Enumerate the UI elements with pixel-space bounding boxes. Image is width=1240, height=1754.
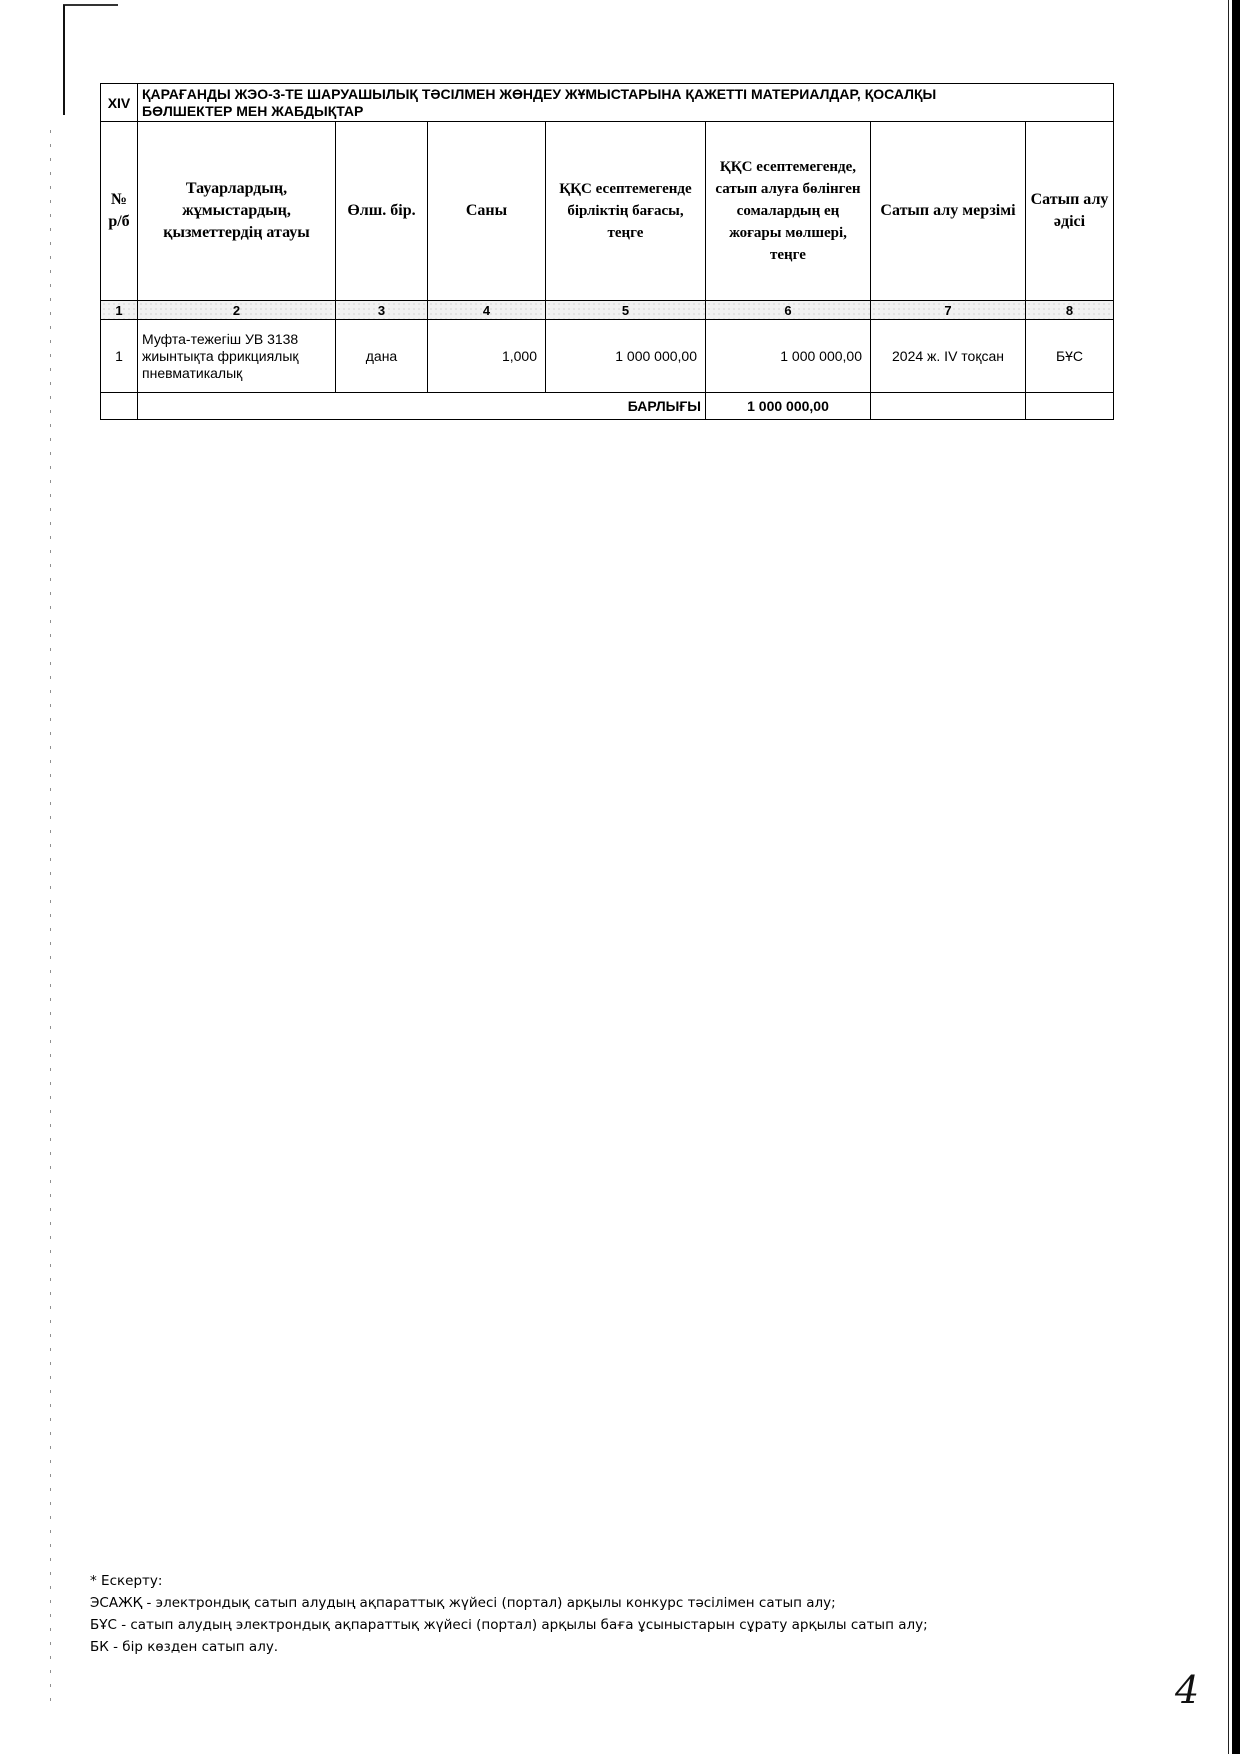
header-period: Сатып алу мерзімі bbox=[871, 122, 1026, 301]
handwritten-page-number: 4 bbox=[1175, 1668, 1199, 1712]
header-no: № р/б bbox=[101, 122, 138, 301]
section-title: ҚАРАҒАНДЫ ЖЭО-3-ТЕ ШАРУАШЫЛЫҚ ТӘСІЛМЕН Ж… bbox=[138, 84, 1114, 122]
header-method: Сатып алу әдісі bbox=[1026, 122, 1114, 301]
column-number: 3 bbox=[336, 301, 428, 320]
header-row: № р/б Тауарлардың, жұмыстардың, қызметте… bbox=[101, 122, 1114, 301]
row-qty: 1,000 bbox=[428, 320, 546, 393]
procurement-table: XIV ҚАРАҒАНДЫ ЖЭО-3-ТЕ ШАРУАШЫЛЫҚ ТӘСІЛМ… bbox=[100, 83, 1114, 420]
header-unit-price: ҚҚС есептемегенде бірліктің бағасы, теңг… bbox=[546, 122, 706, 301]
column-number: 6 bbox=[706, 301, 871, 320]
total-label: БАРЛЫҒЫ bbox=[138, 393, 706, 420]
footnote-line: ЭСАЖҚ - электрондық сатып алудың ақпарат… bbox=[90, 1592, 928, 1614]
row-unit: дана bbox=[336, 320, 428, 393]
header-unit: Өлш. бір. bbox=[336, 122, 428, 301]
footnote-line: БК - бір көзден сатып алу. bbox=[90, 1636, 928, 1658]
column-number: 1 bbox=[101, 301, 138, 320]
header-max-amount: ҚҚС есептемегенде, сатып алуға бөлінген … bbox=[706, 122, 871, 301]
column-number: 2 bbox=[138, 301, 336, 320]
column-number: 5 bbox=[546, 301, 706, 320]
footnote-line: БҰС - сатып алудың электрондық ақпаратты… bbox=[90, 1614, 928, 1636]
table-row: 1 Муфта-тежегіш УВ 3138 жиынтықта фрикци… bbox=[101, 320, 1114, 393]
scan-artifact bbox=[1228, 0, 1229, 1754]
total-value: 1 000 000,00 bbox=[706, 393, 871, 420]
total-row: БАРЛЫҒЫ 1 000 000,00 bbox=[101, 393, 1114, 420]
row-no: 1 bbox=[101, 320, 138, 393]
column-number: 7 bbox=[871, 301, 1026, 320]
header-name: Тауарлардың, жұмыстардың, қызметтердің а… bbox=[138, 122, 336, 301]
total-empty bbox=[871, 393, 1026, 420]
footnote-title: * Ескерту: bbox=[90, 1570, 928, 1592]
total-empty bbox=[101, 393, 138, 420]
row-period: 2024 ж. IV тоқсан bbox=[871, 320, 1026, 393]
column-number-row: 1 2 3 4 5 6 7 8 bbox=[101, 301, 1114, 320]
section-number: XIV bbox=[101, 84, 138, 122]
footnote: * Ескерту: ЭСАЖҚ - электрондық сатып алу… bbox=[90, 1570, 928, 1658]
header-qty: Саны bbox=[428, 122, 546, 301]
scan-artifact bbox=[63, 5, 65, 115]
scan-artifact bbox=[50, 130, 51, 1710]
scan-artifact bbox=[63, 4, 118, 6]
row-method: БҰС bbox=[1026, 320, 1114, 393]
column-number: 4 bbox=[428, 301, 546, 320]
row-name: Муфта-тежегіш УВ 3138 жиынтықта фрикциял… bbox=[138, 320, 336, 393]
column-number: 8 bbox=[1026, 301, 1114, 320]
scan-artifact bbox=[1232, 0, 1240, 1754]
row-max-amount: 1 000 000,00 bbox=[706, 320, 871, 393]
total-empty bbox=[1026, 393, 1114, 420]
section-title-row: XIV ҚАРАҒАНДЫ ЖЭО-3-ТЕ ШАРУАШЫЛЫҚ ТӘСІЛМ… bbox=[101, 84, 1114, 122]
row-unit-price: 1 000 000,00 bbox=[546, 320, 706, 393]
